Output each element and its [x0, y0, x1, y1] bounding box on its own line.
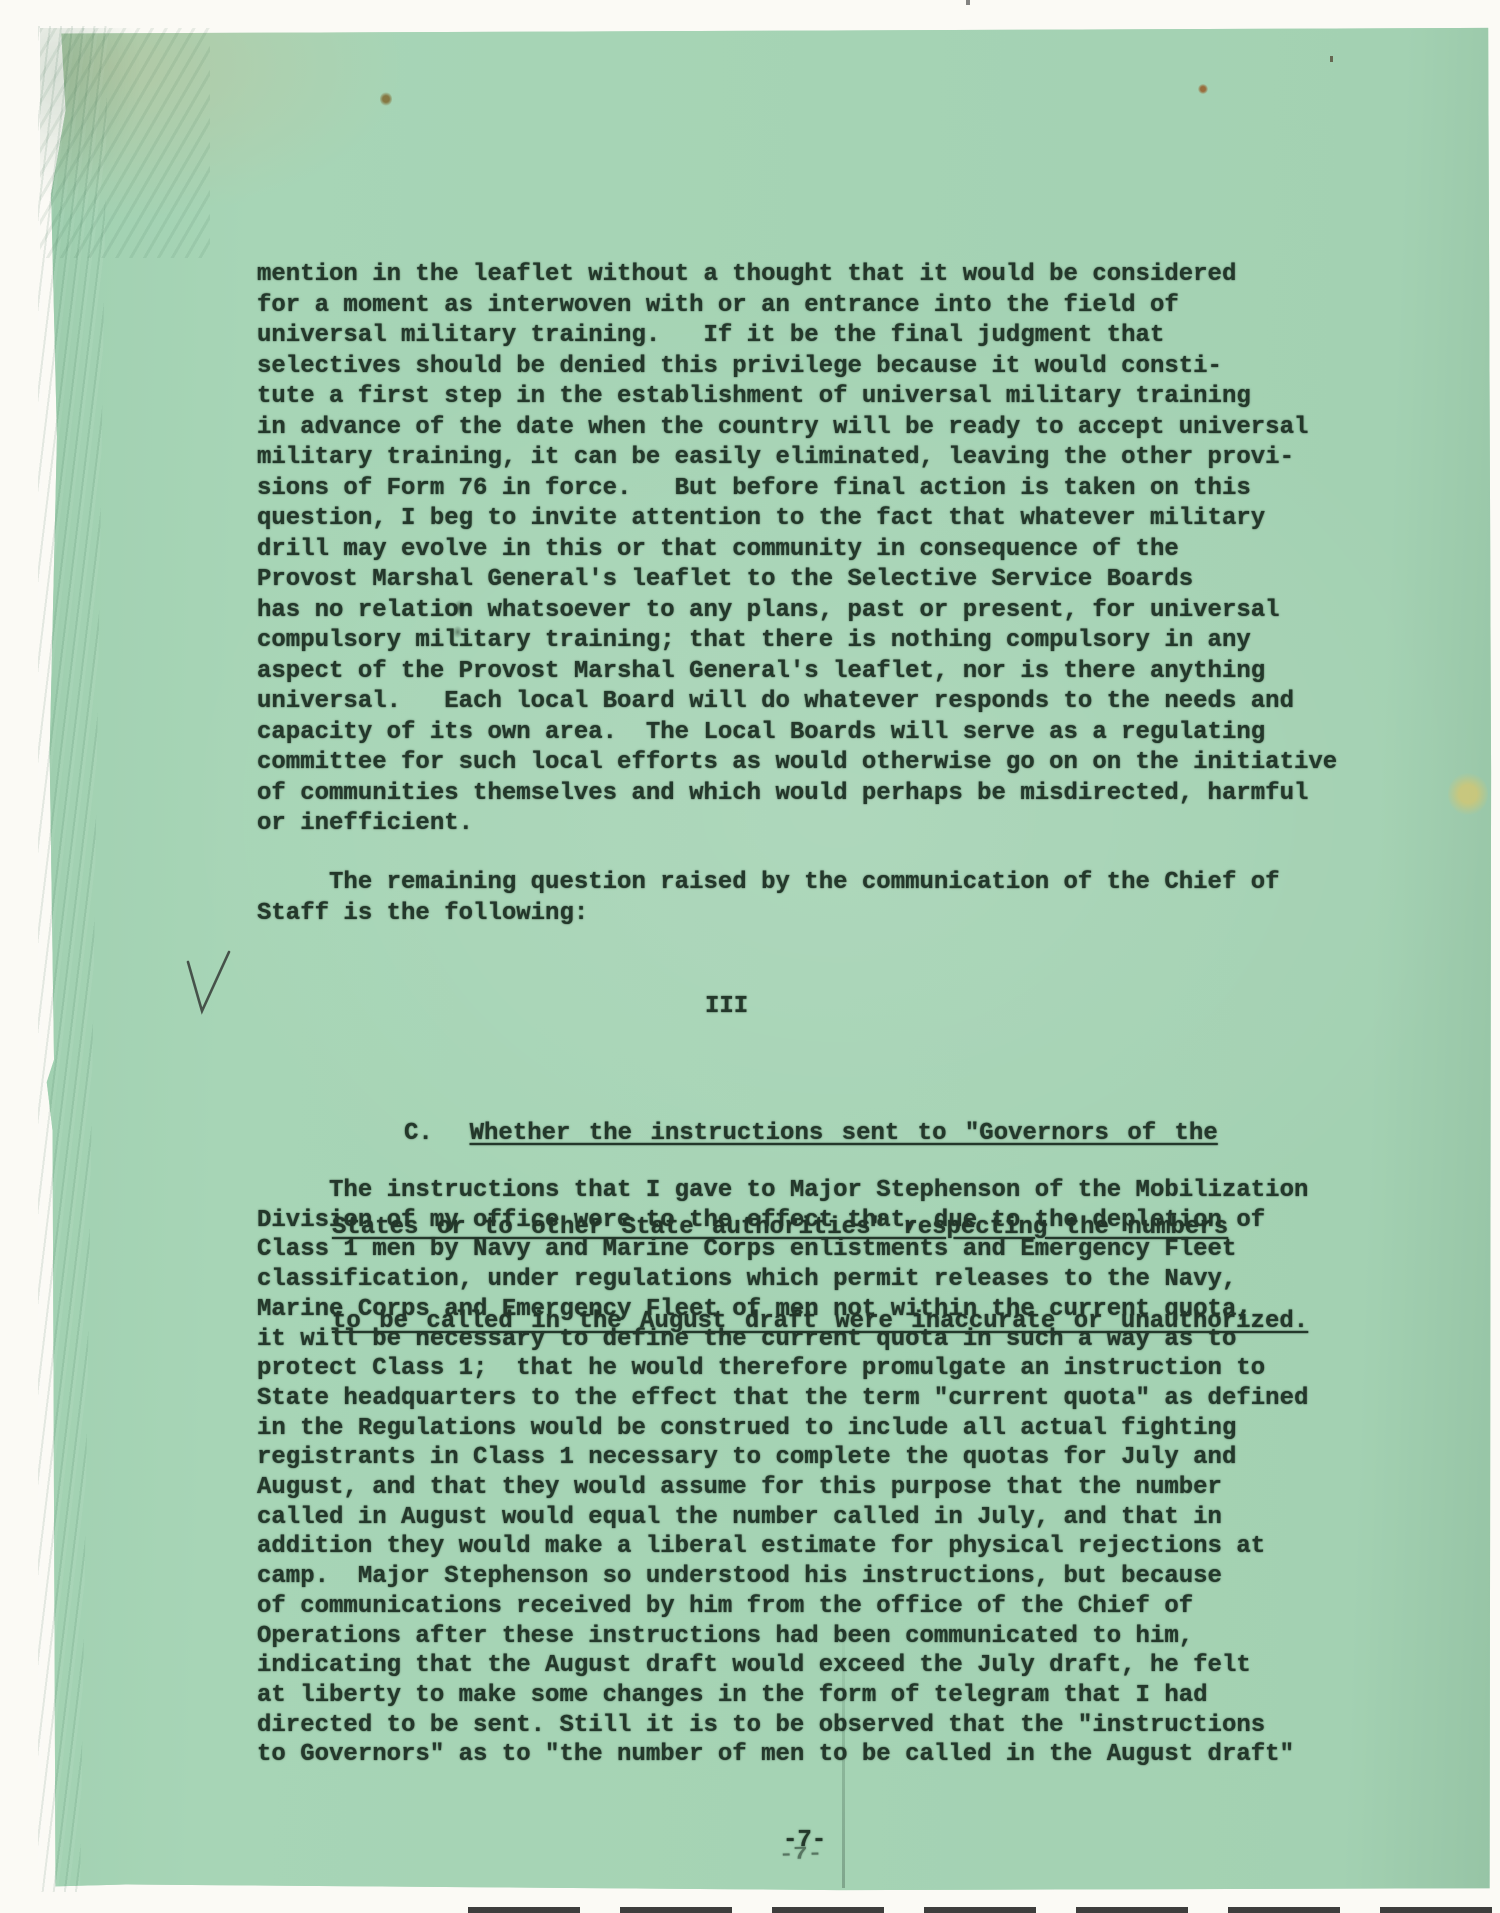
scanner-edge-artifact-bottom — [468, 1907, 1500, 1913]
rust-speck — [1198, 84, 1208, 94]
body-paragraph-1: mention in the leaflet without a thought… — [257, 260, 1337, 840]
page-number-overstrike: -7- — [779, 1845, 823, 1866]
body-paragraph-2: The remaining question raised by the com… — [257, 868, 1280, 929]
heading-underlined-text-1: Whether the instructions sent to "Govern… — [470, 1120, 1218, 1147]
top-left-crease — [40, 28, 210, 258]
section-number-heading: III — [705, 992, 748, 1022]
ink-smudge — [446, 596, 472, 644]
heading-line-1: C. Whether the instructions sent to "Gov… — [332, 1118, 1308, 1149]
body-paragraph-3: The instructions that I gave to Major St… — [257, 1176, 1308, 1770]
brown-stain-spot — [380, 92, 392, 106]
scanner-speck-top — [966, 0, 970, 5]
paper-speck — [1330, 56, 1333, 62]
scanned-document-page: mention in the leaflet without a thought… — [0, 0, 1500, 1913]
pen-checkmark-icon — [183, 948, 235, 1024]
heading-prefix: C. — [404, 1120, 470, 1147]
yellow-stain — [1448, 772, 1488, 816]
